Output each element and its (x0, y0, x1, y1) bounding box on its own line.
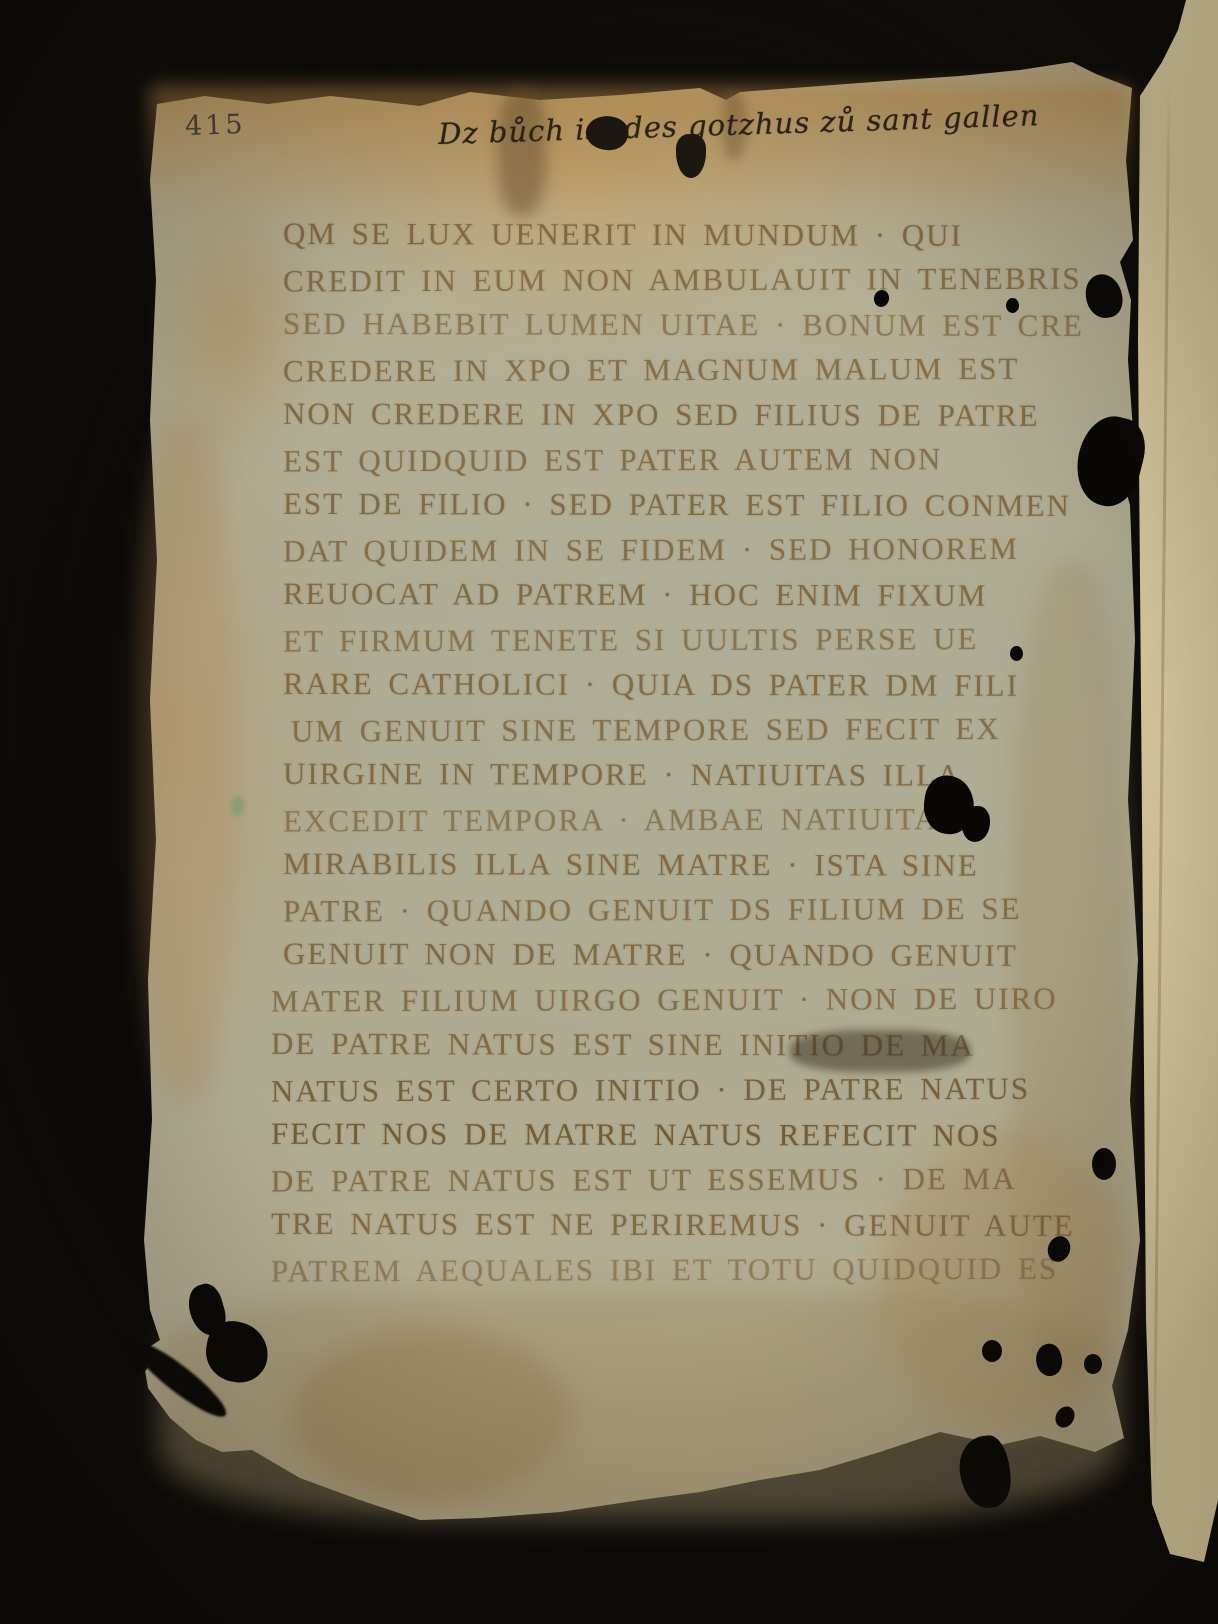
manuscript-photo: 415 Dz bůch ist des gotzhus zů sant gall… (0, 0, 1218, 1624)
ink-spot (1006, 298, 1019, 313)
manuscript-line: um genuit sine tempore sed fecit ex (291, 706, 1128, 754)
manuscript-line: de patre natus est ut essemus · de ma (271, 1156, 1128, 1204)
parchment-hole (956, 1434, 1013, 1511)
manuscript-line: sed habebit lumen uitae · bonum est cre (283, 301, 1128, 348)
manuscript-line: non credere in xpo sed filius de patre (283, 391, 1128, 438)
manuscript-line: excedit tempora · ambae natiuitatis (283, 796, 1128, 844)
manuscript-line: uirgine in tempore · natiuitas illa (283, 751, 1128, 798)
manuscript-line: patrem aequales ibi et totu quidquid es (271, 1246, 1128, 1294)
ink-spot (1010, 646, 1023, 661)
manuscript-text-block: qm se lux uenerit in mundum · qui credit… (283, 212, 1128, 1292)
parchment-hole (1084, 1354, 1102, 1374)
manuscript-line: et firmum tenete si uultis perse ue (283, 616, 1128, 664)
manuscript-line: de patre natus est sine initio de ma (271, 1021, 1128, 1068)
manuscript-line: fecit nos de matre natus refecit nos (271, 1111, 1128, 1158)
manuscript-line: dat quidem in se fidem · sed honorem (283, 526, 1128, 574)
manuscript-line: credere in xpo et magnum malum est (283, 346, 1128, 394)
manuscript-line: tre natus est ne periremus · genuit aute (271, 1201, 1128, 1248)
parchment-hole (982, 1340, 1002, 1362)
manuscript-line: est de filio · sed pater est filio conme… (283, 481, 1128, 528)
manuscript-line: mirabilis illa sine matre · ista sine (283, 841, 1128, 888)
manuscript-line: rare catholici · quia ds pater dm fili (283, 661, 1128, 708)
manuscript-line: mater filium uirgo genuit · non de uiro (271, 976, 1128, 1024)
parchment-hole (122, 1336, 150, 1374)
parchment-hole (1092, 1148, 1116, 1180)
manuscript-line: genuit non de matre · quando genuit (283, 931, 1128, 978)
manuscript-line: patre · quando genuit ds filium de se (283, 886, 1128, 934)
manuscript-line: credit in eum non ambulauit in tenebris (283, 256, 1128, 304)
ink-smudge (790, 1030, 970, 1072)
manuscript-line: reuocat ad patrem · hoc enim fixum (283, 571, 1128, 618)
manuscript-line: natus est certo initio · de patre natus (271, 1066, 1128, 1114)
manuscript-line: qm se lux uenerit in mundum · qui (283, 211, 1128, 258)
manuscript-line: est quidquid est pater autem non (283, 436, 1128, 484)
page-number: 415 (184, 109, 246, 142)
